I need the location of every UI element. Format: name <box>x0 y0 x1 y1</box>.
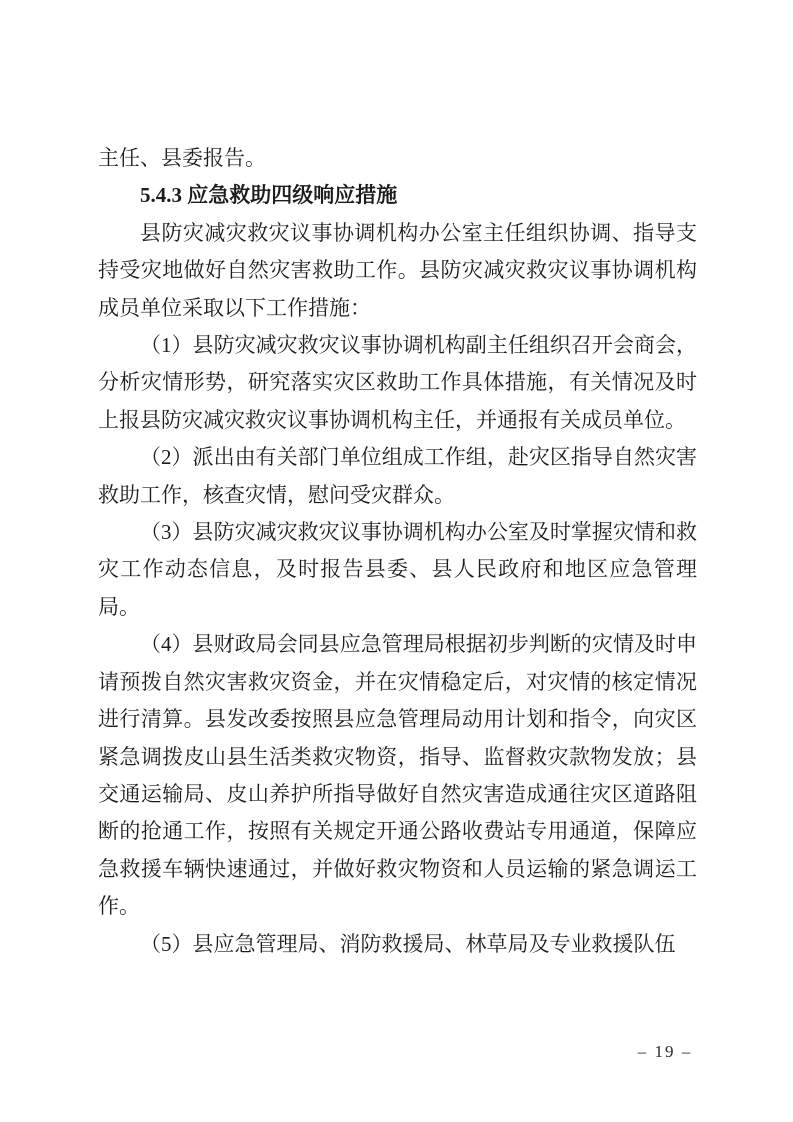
section-heading: 5.4.3 应急救助四级响应措施 <box>98 177 697 214</box>
paragraph-item-1: （1）县防灾减灾救灾议事协调机构副主任组织召开会商会，分析灾情形势，研究落实灾区… <box>98 327 697 439</box>
paragraph-item-3: （3）县防灾减灾救灾议事协调机构办公室及时掌握灾情和救灾工作动态信息，及时报告县… <box>98 514 697 626</box>
document-page: 主任、县委报告。 5.4.3 应急救助四级响应措施 县防灾减灾救灾议事协调机构办… <box>0 0 793 1122</box>
paragraph-item-4: （4）县财政局会同县应急管理局根据初步判断的灾情及时申请预拨自然灾害救灾资金，并… <box>98 626 697 925</box>
paragraph: 县防灾减灾救灾议事协调机构办公室主任组织协调、指导支持受灾地做好自然灾害救助工作… <box>98 215 697 327</box>
paragraph-item-5: （5）县应急管理局、消防救援局、林草局及专业救援队伍 <box>98 926 697 963</box>
document-body: 主任、县委报告。 5.4.3 应急救助四级响应措施 县防灾减灾救灾议事协调机构办… <box>98 140 697 963</box>
page-number: – 19 – <box>630 1041 700 1063</box>
paragraph-item-2: （2）派出由有关部门单位组成工作组，赴灾区指导自然灾害救助工作，核查灾情，慰问受… <box>98 439 697 514</box>
paragraph-continuation: 主任、县委报告。 <box>98 140 697 177</box>
